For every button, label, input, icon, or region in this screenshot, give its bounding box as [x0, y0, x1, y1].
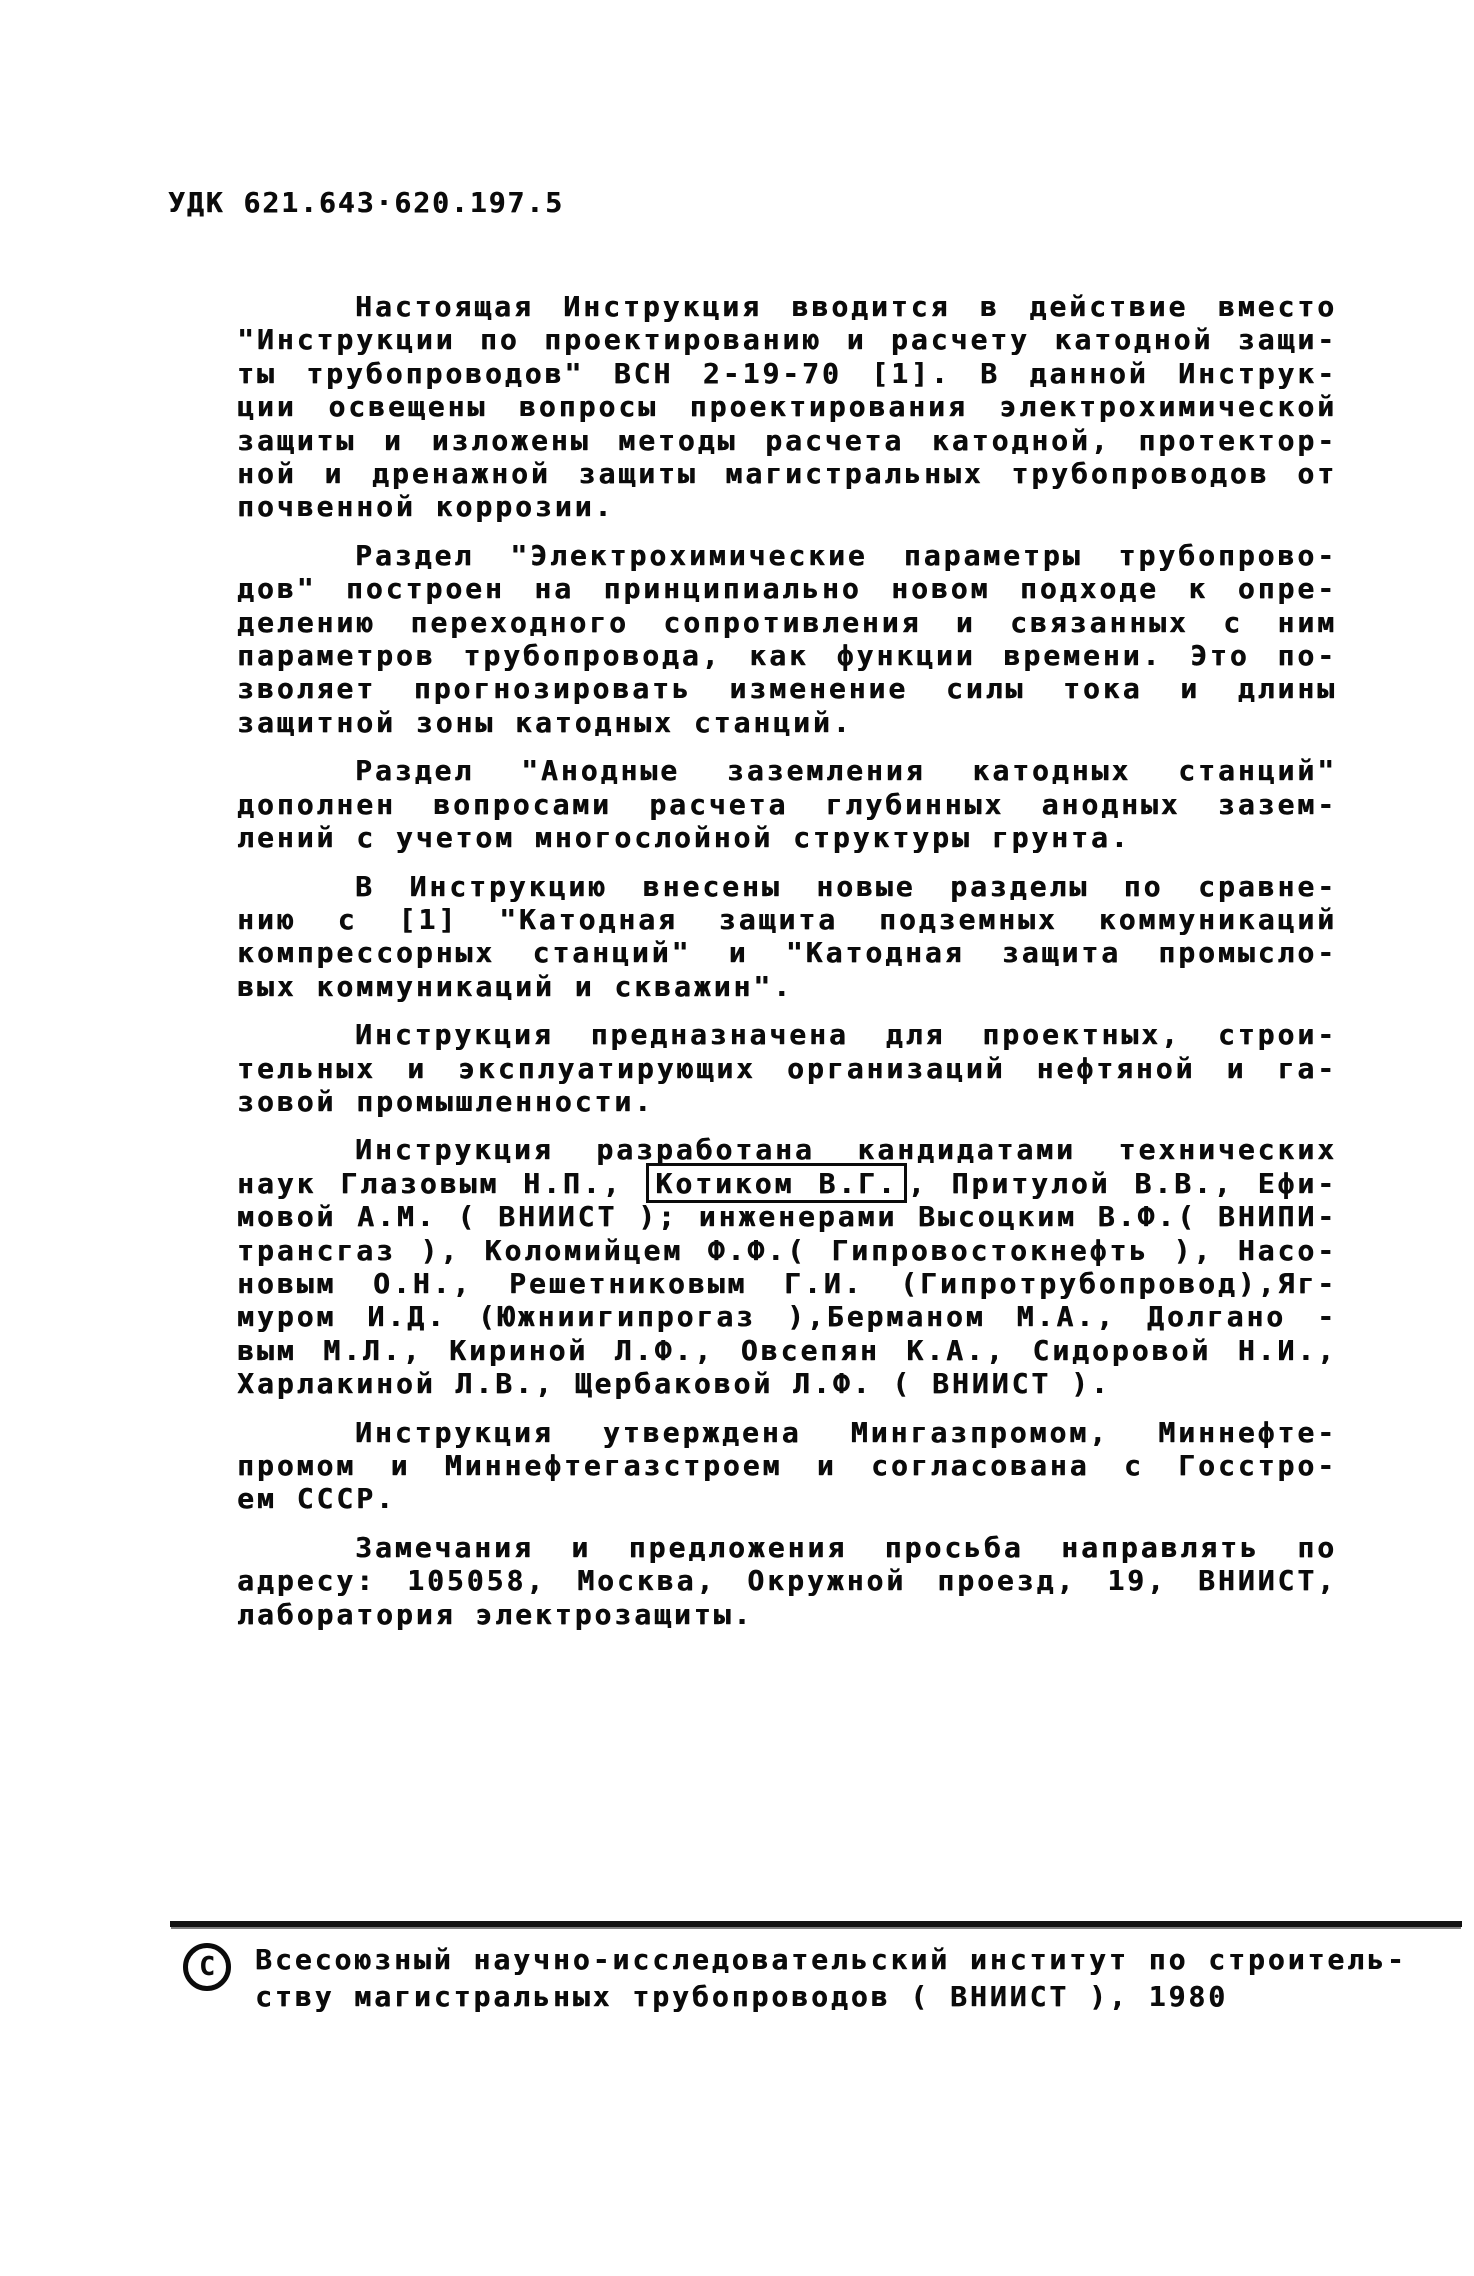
text-segment: дов" построен на принципиально новом под…	[237, 572, 1337, 605]
text-line: В Инструкцию внесены новые разделы по ср…	[237, 870, 1337, 903]
text-line: Раздел "Электрохимические параметры труб…	[237, 539, 1337, 572]
text-segment: лений с учетом многослойной структуры гр…	[237, 821, 1131, 854]
copyright-icon: С	[183, 1943, 231, 1991]
text-segment: Раздел "Электрохимические параметры труб…	[355, 539, 1337, 572]
text-segment: компрессорных станций" и "Катодная защит…	[237, 936, 1337, 969]
text-segment: Замечания и предложения просьба направля…	[355, 1531, 1337, 1564]
text-segment: зовой промышленности.	[237, 1085, 654, 1118]
text-line: промом и Миннефтегазстроем и согласована…	[237, 1449, 1337, 1482]
text-line: вых коммуникаций и скважин".	[237, 970, 1337, 1003]
text-line: ной и дренажной защиты магистральных тру…	[237, 457, 1337, 490]
document-body: Настоящая Инструкция вводится в действие…	[237, 290, 1337, 1646]
text-line: ем СССР.	[237, 1482, 1337, 1515]
obituary-boxed-name: Котиком В.Г.	[646, 1163, 906, 1203]
udk-classification: УДК 621.643·620.197.5	[168, 186, 564, 219]
text-line: Замечания и предложения просьба направля…	[237, 1531, 1337, 1564]
copyright-footer: С Всесоюзный научно-исследовательский ин…	[183, 1941, 1453, 2015]
text-line: Инструкция предназначена для проектных, …	[237, 1018, 1337, 1051]
text-segment: Инструкция утверждена Мингазпромом, Минн…	[355, 1416, 1337, 1449]
copyright-line: ству магистральных трубопроводов ( ВНИИС…	[255, 1978, 1407, 2015]
text-segment: мовой А.М. ( ВНИИСТ ); инженерами Высоцк…	[237, 1200, 1337, 1233]
text-line: Раздел "Анодные заземления катодных стан…	[237, 754, 1337, 787]
text-segment: Инструкция разработана кандидатами техни…	[355, 1133, 1337, 1166]
text-segment: новым О.Н., Решетниковым Г.И. (Гипротруб…	[237, 1267, 1337, 1300]
paragraph: Инструкция утверждена Мингазпромом, Минн…	[237, 1416, 1337, 1516]
footer-divider	[170, 1921, 1462, 1927]
text-segment: , Притулой В.В., Ефи-	[908, 1167, 1337, 1200]
paragraph: Раздел "Анодные заземления катодных стан…	[237, 754, 1337, 854]
text-segment: Харлакиной Л.В., Щербаковой Л.Ф. ( ВНИИС…	[237, 1367, 1111, 1400]
text-line: ции освещены вопросы проектирования элек…	[237, 390, 1337, 423]
copyright-letter: С	[199, 1954, 215, 1980]
text-line: дополнен вопросами расчета глубинных ано…	[237, 788, 1337, 821]
text-line: лаборатория электрозащиты.	[237, 1598, 1337, 1631]
text-line: ты трубопроводов" ВСН 2-19-70 [1]. В дан…	[237, 357, 1337, 390]
text-segment: вым М.Л., Кириной Л.Ф., Овсепян К.А., Си…	[237, 1334, 1337, 1367]
copyright-line: Всесоюзный научно-исследовательский инст…	[255, 1941, 1407, 1978]
text-segment: делению переходного сопротивления и связ…	[237, 606, 1337, 639]
text-line: зовой промышленности.	[237, 1085, 1337, 1118]
text-segment: ции освещены вопросы проектирования элек…	[237, 390, 1337, 423]
text-segment: промом и Миннефтегазстроем и согласована…	[237, 1449, 1337, 1482]
text-line: параметров трубопровода, как функции вре…	[237, 639, 1337, 672]
text-segment: тельных и эксплуатирующих организаций не…	[237, 1052, 1337, 1085]
text-line: Настоящая Инструкция вводится в действие…	[237, 290, 1337, 323]
paragraph: Инструкция предназначена для проектных, …	[237, 1018, 1337, 1118]
text-segment: ной и дренажной защиты магистральных тру…	[237, 457, 1337, 490]
text-segment: дополнен вопросами расчета глубинных ано…	[237, 788, 1337, 821]
text-segment: нию с [1] "Катодная защита подземных ком…	[237, 903, 1337, 936]
text-line: "Инструкции по проектированию и расчету …	[237, 323, 1337, 356]
text-segment: адресу: 105058, Москва, Окружной проезд,…	[237, 1564, 1337, 1597]
text-line: зволяет прогнозировать изменение силы то…	[237, 672, 1337, 705]
paragraph: Замечания и предложения просьба направля…	[237, 1531, 1337, 1631]
text-line: Инструкция утверждена Мингазпромом, Минн…	[237, 1416, 1337, 1449]
paragraph: Настоящая Инструкция вводится в действие…	[237, 290, 1337, 524]
text-line: вым М.Л., Кириной Л.Ф., Овсепян К.А., Си…	[237, 1334, 1337, 1367]
text-line: Инструкция разработана кандидатами техни…	[237, 1133, 1337, 1166]
text-line: почвенной коррозии.	[237, 490, 1337, 523]
text-segment: лаборатория электрозащиты.	[237, 1598, 753, 1631]
text-segment: Раздел "Анодные заземления катодных стан…	[355, 754, 1337, 787]
text-segment: вых коммуникаций и скважин".	[237, 970, 793, 1003]
copyright-text: Всесоюзный научно-исследовательский инст…	[255, 1941, 1407, 2015]
text-line: тельных и эксплуатирующих организаций не…	[237, 1052, 1337, 1085]
text-line: компрессорных станций" и "Катодная защит…	[237, 936, 1337, 969]
text-segment: наук Глазовым Н.П.,	[237, 1167, 646, 1200]
text-segment: Инструкция предназначена для проектных, …	[355, 1018, 1337, 1051]
text-line: делению переходного сопротивления и связ…	[237, 606, 1337, 639]
text-line: наук Глазовым Н.П., Котиком В.Г., Притул…	[237, 1167, 1337, 1200]
text-segment: Настоящая Инструкция вводится в действие…	[355, 290, 1337, 323]
text-line: новым О.Н., Решетниковым Г.И. (Гипротруб…	[237, 1267, 1337, 1300]
text-line: Харлакиной Л.В., Щербаковой Л.Ф. ( ВНИИС…	[237, 1367, 1337, 1400]
text-segment: трансгаз ), Коломийцем Ф.Ф.( Гипровосток…	[237, 1234, 1337, 1267]
paragraph: Раздел "Электрохимические параметры труб…	[237, 539, 1337, 739]
text-line: муром И.Д. (Южниигипрогаз ),Берманом М.А…	[237, 1300, 1337, 1333]
text-line: защиты и изложены методы расчета катодно…	[237, 424, 1337, 457]
text-segment: "Инструкции по проектированию и расчету …	[237, 323, 1337, 356]
text-line: лений с учетом многослойной структуры гр…	[237, 821, 1337, 854]
text-line: нию с [1] "Катодная защита подземных ком…	[237, 903, 1337, 936]
text-line: адресу: 105058, Москва, Окружной проезд,…	[237, 1564, 1337, 1597]
text-line: защитной зоны катодных станций.	[237, 706, 1337, 739]
text-segment: защиты и изложены методы расчета катодно…	[237, 424, 1337, 457]
text-segment: муром И.Д. (Южниигипрогаз ),Берманом М.А…	[237, 1300, 1337, 1333]
text-line: дов" построен на принципиально новом под…	[237, 572, 1337, 605]
text-segment: ем СССР.	[237, 1482, 396, 1515]
paragraph: Инструкция разработана кандидатами техни…	[237, 1133, 1337, 1400]
text-segment: почвенной коррозии.	[237, 490, 614, 523]
text-segment: параметров трубопровода, как функции вре…	[237, 639, 1337, 672]
text-segment: защитной зоны катодных станций.	[237, 706, 853, 739]
text-line: трансгаз ), Коломийцем Ф.Ф.( Гипровосток…	[237, 1234, 1337, 1267]
text-segment: зволяет прогнозировать изменение силы то…	[237, 672, 1337, 705]
text-segment: В Инструкцию внесены новые разделы по ср…	[355, 870, 1337, 903]
scanned-document-page: УДК 621.643·620.197.5 Настоящая Инструкц…	[0, 0, 1474, 2276]
text-line: мовой А.М. ( ВНИИСТ ); инженерами Высоцк…	[237, 1200, 1337, 1233]
text-segment: ты трубопроводов" ВСН 2-19-70 [1]. В дан…	[237, 357, 1337, 390]
paragraph: В Инструкцию внесены новые разделы по ср…	[237, 870, 1337, 1004]
